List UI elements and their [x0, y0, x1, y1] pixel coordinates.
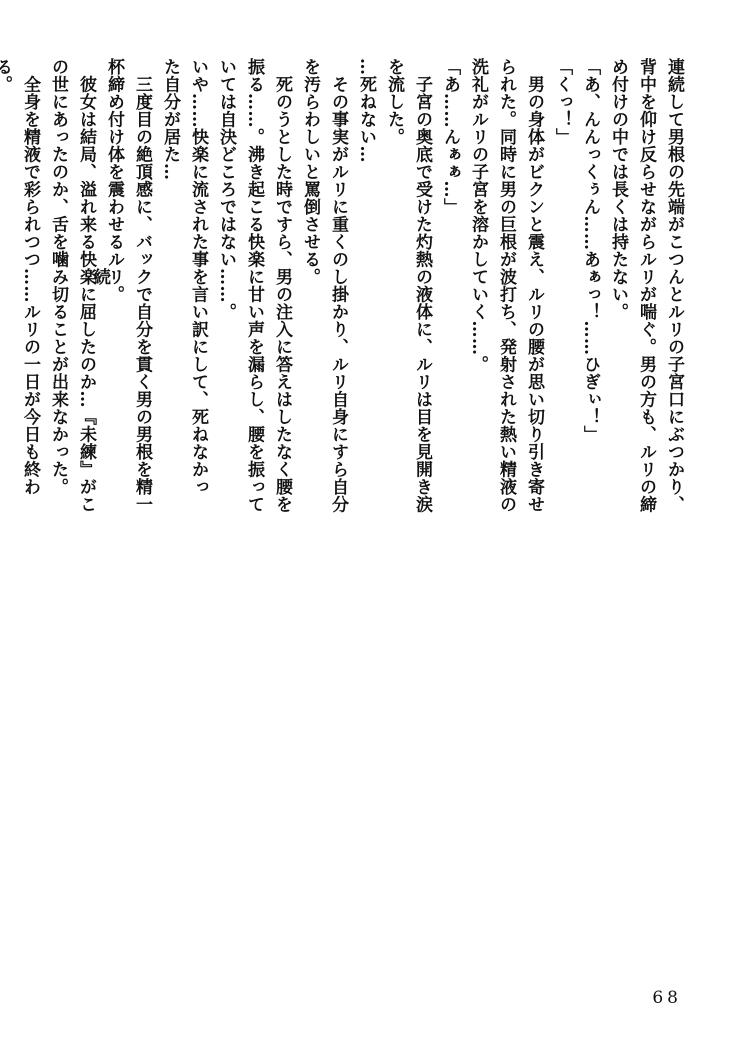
text-line: いては自決どころではない……。: [212, 58, 240, 528]
body-text: 連続して男根の先端がこつんとルリの子宮口にぶつかり、背中を仰け反らせながらルリが…: [0, 58, 688, 528]
text-line: …死ねない…: [352, 58, 380, 528]
text-line: 全身を精液で彩られつつ……ルリの一日が今日も終わる。: [0, 58, 44, 528]
continued-label: 続: [88, 268, 113, 285]
text-line: 三度目の絶頂感に、バックで自分を貫く男の男根を精一: [128, 58, 156, 528]
text-line: 振る……。沸き起こる快楽に甘い声を漏らし、腰を振って: [240, 58, 268, 528]
text-line: 「あ、んんっくぅん……あぁっ！……ひぎぃ！」: [576, 58, 604, 528]
text-line: の世にあったのか、舌を噛み切ることが出来なかった。: [44, 58, 72, 528]
text-line: 彼女は結局、溢れ来る快楽に屈したのか…『未練』がこ: [72, 58, 100, 528]
text-line: 背中を仰け反らせながらルリが喘ぐ。男の方も、ルリの締: [632, 58, 660, 528]
text-line: め付けの中では長くは持たない。: [604, 58, 632, 528]
text-line: 子宮の奥底で受けた灼熱の液体に、ルリは目を見開き涙: [408, 58, 436, 528]
text-line: 杯締め付け体を震わせるルリ。: [100, 58, 128, 528]
text-line: 「くっ！」: [548, 58, 576, 528]
text-line: 死のうとした時ですら、男の注入に答えはしたなく腰を: [268, 58, 296, 528]
text-line: た自分が居た…: [156, 58, 184, 528]
text-line: 「あ……んぁぁ…」: [436, 58, 464, 528]
text-line: いや……快楽に流された事を言い訳にして、死ねなかっ: [184, 58, 212, 528]
text-line: を流した。: [380, 58, 408, 528]
page-number: 68: [652, 988, 682, 1008]
text-line: 連続して男根の先端がこつんとルリの子宮口にぶつかり、: [660, 58, 688, 528]
text-line: られた。同時に男の巨根が波打ち、発射された熱い精液の: [492, 58, 520, 528]
text-line: を汚らわしいと罵倒させる。: [296, 58, 324, 528]
text-line: 洗礼がルリの子宮を溶かしていく……。: [464, 58, 492, 528]
text-line: その事実がルリに重くのし掛かり、ルリ自身にすら自分: [324, 58, 352, 528]
text-line: 男の身体がビクンと震え、ルリの腰が思い切り引き寄せ: [520, 58, 548, 528]
